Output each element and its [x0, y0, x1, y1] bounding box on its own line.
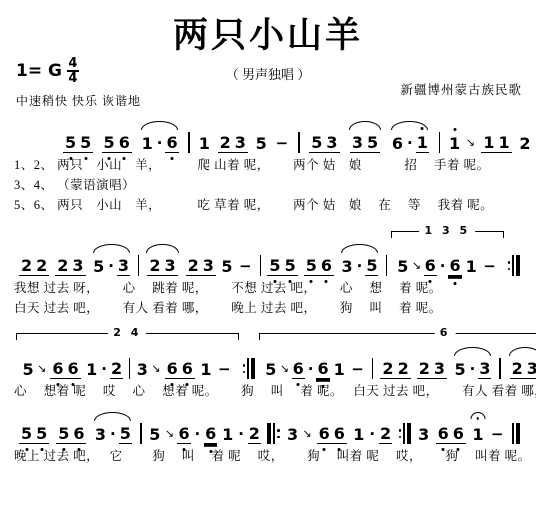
note: 5: [396, 257, 409, 276]
time-signature-bottom: 4: [68, 73, 77, 84]
repeat-dot: [277, 429, 280, 432]
beam-group: 53: [309, 133, 339, 153]
note: 6: [391, 134, 404, 153]
note: 1: [221, 425, 234, 444]
note: 5: [148, 425, 161, 444]
octave-dot-low: [323, 448, 326, 451]
slide-down-icon: ↘: [280, 363, 289, 375]
note: 5: [119, 424, 132, 444]
repeat-end-barline: [399, 423, 411, 444]
dash: −: [239, 257, 252, 276]
note: 6: [320, 256, 333, 275]
octave-dot-high: [453, 128, 456, 131]
barline: [516, 423, 520, 444]
slur: 23: [507, 359, 536, 379]
lyrics-row: 我想 过去 呀， 心 跳着 呢， 不想 过去 吧， 心 想 着 呢。: [14, 280, 522, 296]
note: 5: [284, 256, 297, 275]
lyrics-row: 心 想着 呢 哎 心 想着 呢。 狗 叫 着 呢。 白天 过去 吧， 有人 看着…: [14, 383, 522, 399]
repeat-dot: [399, 429, 402, 432]
octave-dot-high: [421, 127, 424, 130]
note: 1: [198, 134, 211, 153]
note: 3: [433, 359, 446, 378]
augmentation-dot: ·: [369, 425, 375, 444]
beam-group: 23: [186, 256, 216, 276]
slide-down-icon: ↘: [165, 428, 174, 440]
octave-dot-low: [325, 280, 328, 283]
octave-dot-low: [25, 448, 28, 451]
score-line: 2 45↘661·23↘661−65↘6·61−22235·323235−心 想…: [14, 358, 522, 399]
note: 2: [110, 359, 123, 379]
repeat-dot: [508, 261, 511, 264]
augmentation-dot: ·: [308, 360, 314, 379]
repeat-dot: [399, 436, 402, 439]
beam-group: 55: [63, 133, 93, 153]
note: 3: [351, 133, 364, 152]
barline: [260, 255, 261, 276]
dash: −: [491, 425, 504, 444]
octave-dot-low: [186, 383, 189, 386]
note: 6: [51, 359, 64, 378]
barline: [267, 423, 271, 444]
lyrics-row: 晚上 过去 吧， 它 狗 叫 着 呢 哎， 狗 叫着 呢 哎， 狗 叫着 呢。: [14, 448, 522, 464]
note: 6: [292, 359, 305, 379]
note: 6: [165, 133, 178, 153]
tempo-marking: 中速稍快 快乐 诙谐地: [16, 92, 141, 109]
beam-group: 55: [19, 424, 49, 444]
note: 5: [103, 133, 116, 152]
beam-group: 22: [380, 359, 410, 379]
notes-row: 22235·323235−55563·51 3 55↘6·61−: [14, 255, 524, 276]
note: 5: [366, 133, 379, 152]
volta-bracket: 65↘6·61−22235·323235−: [259, 358, 536, 379]
barline: [516, 255, 520, 276]
octave-dot-low: [69, 157, 72, 160]
repeat-dots: [508, 255, 511, 276]
augmentation-dot: ·: [157, 134, 163, 153]
repeat-end-barline: [508, 255, 520, 276]
lyrics-row: 5、6、 两只 小山 羊， 吃 草着 呢， 两个 姑 娘 在 等 我着 呢。: [14, 197, 522, 213]
barline: [372, 358, 374, 379]
slur: 23: [144, 256, 180, 276]
note: 5: [57, 424, 70, 443]
score-line: 22235·323235−55563·51 3 55↘6·61−我想 过去 呀，…: [14, 255, 522, 316]
beam-group: 56: [56, 424, 86, 444]
note: 3: [478, 359, 491, 379]
augmentation-dot: ·: [101, 360, 107, 379]
note: 3: [94, 425, 107, 444]
key-text: 1= G: [16, 61, 62, 81]
dash: −: [218, 360, 231, 379]
note: 2: [418, 359, 431, 378]
octave-dot-low: [273, 280, 276, 283]
repeat-dots: [243, 358, 246, 379]
note: 5: [64, 133, 77, 152]
note: 1: [333, 360, 346, 379]
note: 2: [219, 133, 232, 152]
slide-down-icon: ↘: [37, 363, 46, 375]
note: 6: [118, 133, 131, 152]
note: 2: [35, 256, 48, 275]
repeat-start-barline: [267, 423, 279, 444]
octave-dot-low: [457, 448, 460, 451]
octave-dot-low: [62, 448, 65, 451]
note: 5: [92, 257, 105, 276]
note: 2: [381, 359, 394, 378]
barline: [138, 255, 139, 276]
note: 6: [316, 359, 329, 379]
beam-group: 23: [147, 256, 177, 276]
score-body: 55561·61235−53356·11↘112−1、2、 两只 小山 羊， 爬…: [14, 132, 522, 464]
repeat-dots: [399, 423, 402, 444]
attribution: 新疆博州蒙古族民歌: [400, 80, 522, 98]
repeat-end-barline: [243, 358, 255, 379]
repeat-dot: [243, 364, 246, 367]
note: 5: [453, 360, 466, 379]
augmentation-dot: ·: [110, 425, 116, 444]
augmentation-dot: ·: [440, 257, 446, 276]
note: 5: [35, 424, 48, 443]
beam-group: 23: [417, 359, 447, 379]
note: 3: [340, 257, 353, 276]
note: 5: [268, 256, 281, 275]
slur: 3·5: [339, 256, 380, 276]
note: 6: [166, 359, 179, 378]
augmentation-dot: ·: [357, 257, 363, 276]
beam-group: 56: [304, 256, 334, 276]
note: 6: [424, 256, 437, 276]
note: 1: [141, 134, 154, 153]
note: 2: [56, 256, 69, 275]
slide-down-icon: ↘: [412, 260, 421, 272]
barline: [129, 358, 131, 379]
beam-group: 35: [350, 133, 380, 153]
barline: [512, 423, 514, 444]
note: 5: [305, 256, 318, 275]
note: 6: [333, 424, 346, 443]
barline: [512, 255, 514, 276]
key-signature: 1= G 4 4: [16, 58, 79, 84]
score-header: 两只小山羊 （ 男声独唱 ） 1= G 4 4 中速稍快 快乐 诙谐地 新疆博州…: [14, 8, 522, 114]
note: 5: [310, 133, 323, 152]
notes-row: 2 45↘661·23↘661−65↘6·61−22235·323235−: [14, 358, 524, 379]
slide-down-icon: ↘: [302, 428, 311, 440]
lyrics-row: 1、2、 两只 小山 羊， 爬 山着 呢， 两个 姑 娘 招 手着 呢。: [14, 157, 522, 173]
barline: [140, 423, 142, 444]
slur: 35: [347, 133, 383, 153]
note: 3: [136, 360, 149, 379]
barline: [386, 255, 387, 276]
note: 2: [518, 134, 531, 153]
octave-dot-low: [72, 383, 75, 386]
note: 3: [117, 256, 130, 276]
note: 3: [325, 133, 338, 152]
barline: [188, 132, 190, 153]
augmentation-dot: ·: [470, 360, 476, 379]
beam-group: 23: [55, 256, 85, 276]
note: 1: [482, 133, 495, 152]
barline: [439, 132, 441, 153]
note: 2: [187, 256, 200, 275]
note: 3: [163, 256, 176, 275]
note: 1: [448, 134, 461, 153]
beam-group: 23: [218, 133, 248, 153]
note: 1: [352, 425, 365, 444]
note: 2: [248, 424, 261, 444]
fermata-icon: [477, 417, 480, 420]
octave-dot-low: [297, 383, 300, 386]
note: 6: [72, 424, 85, 443]
octave-dot-low: [84, 157, 87, 160]
note: 6: [318, 424, 331, 443]
note: 5: [79, 133, 92, 152]
slur: 5·3: [91, 256, 132, 276]
barline: [273, 423, 275, 444]
dash: −: [483, 257, 496, 276]
octave-dot-low: [338, 448, 341, 451]
note: 2: [20, 256, 33, 275]
slur: 6·1: [389, 133, 430, 153]
augmentation-dot: ·: [108, 257, 114, 276]
octave-dot-low: [310, 280, 313, 283]
slur: 3·5: [92, 424, 133, 444]
volta-bracket: 1 3 55↘6·61−: [391, 256, 504, 276]
volta-bracket: 2 45↘661·23↘661−: [16, 358, 239, 379]
note: 3: [526, 359, 536, 378]
note: 6: [448, 256, 461, 276]
repeat-dot: [508, 268, 511, 271]
beam-group: 66: [50, 359, 80, 379]
note: 3: [286, 425, 299, 444]
note: 1: [471, 425, 484, 444]
volta-label: 6: [435, 327, 456, 339]
volta-label: 2 4: [108, 327, 146, 339]
lyrics-row: 白天 过去 吧， 有人 看着 哪， 晚上 过去 吧， 狗 叫 着 呢。: [14, 300, 522, 316]
augmentation-dot: ·: [194, 425, 200, 444]
repeat-dot: [277, 436, 280, 439]
note: 5: [20, 424, 33, 443]
note: 6: [437, 424, 450, 443]
note: 5: [220, 257, 233, 276]
song-title: 两只小山羊: [14, 8, 522, 58]
note: 1: [85, 360, 98, 379]
note: 5: [264, 360, 277, 379]
beam-group: 23: [510, 359, 536, 379]
octave-dot-low: [289, 280, 292, 283]
octave-dot-low: [429, 280, 432, 283]
beam-group: 22: [19, 256, 49, 276]
repeat-dots: [277, 423, 280, 444]
volta-label: 1 3 5: [419, 225, 475, 237]
note: 3: [202, 256, 215, 275]
dash: −: [351, 360, 364, 379]
beam-group: 66: [165, 359, 195, 379]
note: 5: [255, 134, 268, 153]
note: 1: [498, 133, 511, 152]
note: 6: [177, 424, 190, 444]
octave-dot-low: [454, 282, 457, 285]
note: 2: [379, 424, 392, 444]
beam-group: 66: [317, 424, 347, 444]
barline: [247, 358, 249, 379]
augmentation-dot: ·: [238, 425, 244, 444]
barline: [407, 423, 411, 444]
augmentation-dot: ·: [407, 134, 413, 153]
beam-group: 11: [481, 133, 511, 153]
note: 6: [452, 424, 465, 443]
note: 5: [22, 360, 35, 379]
octave-dot-low: [56, 383, 59, 386]
time-signature: 4 4: [67, 58, 79, 84]
slur: 1·6: [139, 133, 180, 153]
note: 3: [234, 133, 247, 152]
note: 5: [365, 256, 378, 276]
slide-down-icon: ↘: [151, 363, 160, 375]
final-barline: [512, 423, 520, 444]
barline: [298, 132, 300, 153]
notes-row: 55563·55↘6·61·23↘661·23661−: [14, 423, 524, 444]
note: 6: [67, 359, 80, 378]
beam-group: 56: [102, 133, 132, 153]
octave-dot-low: [123, 157, 126, 160]
notes-row: 55561·61235−53356·11↘112−: [14, 132, 536, 153]
score-line: 55563·55↘6·61·23↘661·23661−晚上 过去 吧， 它 狗 …: [14, 423, 522, 464]
octave-dot-low: [108, 157, 111, 160]
octave-dot-low: [171, 383, 174, 386]
note: 1: [416, 133, 429, 153]
note: 2: [397, 359, 410, 378]
note: 3: [71, 256, 84, 275]
octave-dot-low: [322, 385, 325, 388]
time-signature-top: 4: [68, 58, 77, 69]
octave-dot-low: [171, 157, 174, 160]
lyrics-row: 3、4、 （蒙语演唱）: [14, 177, 522, 193]
octave-dot-low: [183, 448, 186, 451]
note: 2: [511, 359, 524, 378]
repeat-dot: [243, 371, 246, 374]
barline: [403, 423, 405, 444]
note: 1: [465, 257, 478, 276]
octave-dot-low: [209, 450, 212, 453]
score-line: 55561·61235−53356·11↘112−1、2、 两只 小山 羊， 爬…: [14, 132, 522, 213]
barline: [251, 358, 255, 379]
dash: −: [276, 134, 289, 153]
octave-dot-low: [442, 448, 445, 451]
note: 1: [199, 360, 212, 379]
note: 2: [148, 256, 161, 275]
slide-down-icon: ↘: [466, 137, 475, 149]
note: 6: [204, 424, 217, 444]
note: 3: [417, 425, 430, 444]
octave-dot-low: [77, 448, 80, 451]
slur: 5·3: [452, 359, 493, 379]
octave-dot-low: [40, 448, 43, 451]
note: 6: [181, 359, 194, 378]
barline: [499, 358, 501, 379]
beam-group: 55: [267, 256, 297, 276]
beam-group: 66: [436, 424, 466, 444]
